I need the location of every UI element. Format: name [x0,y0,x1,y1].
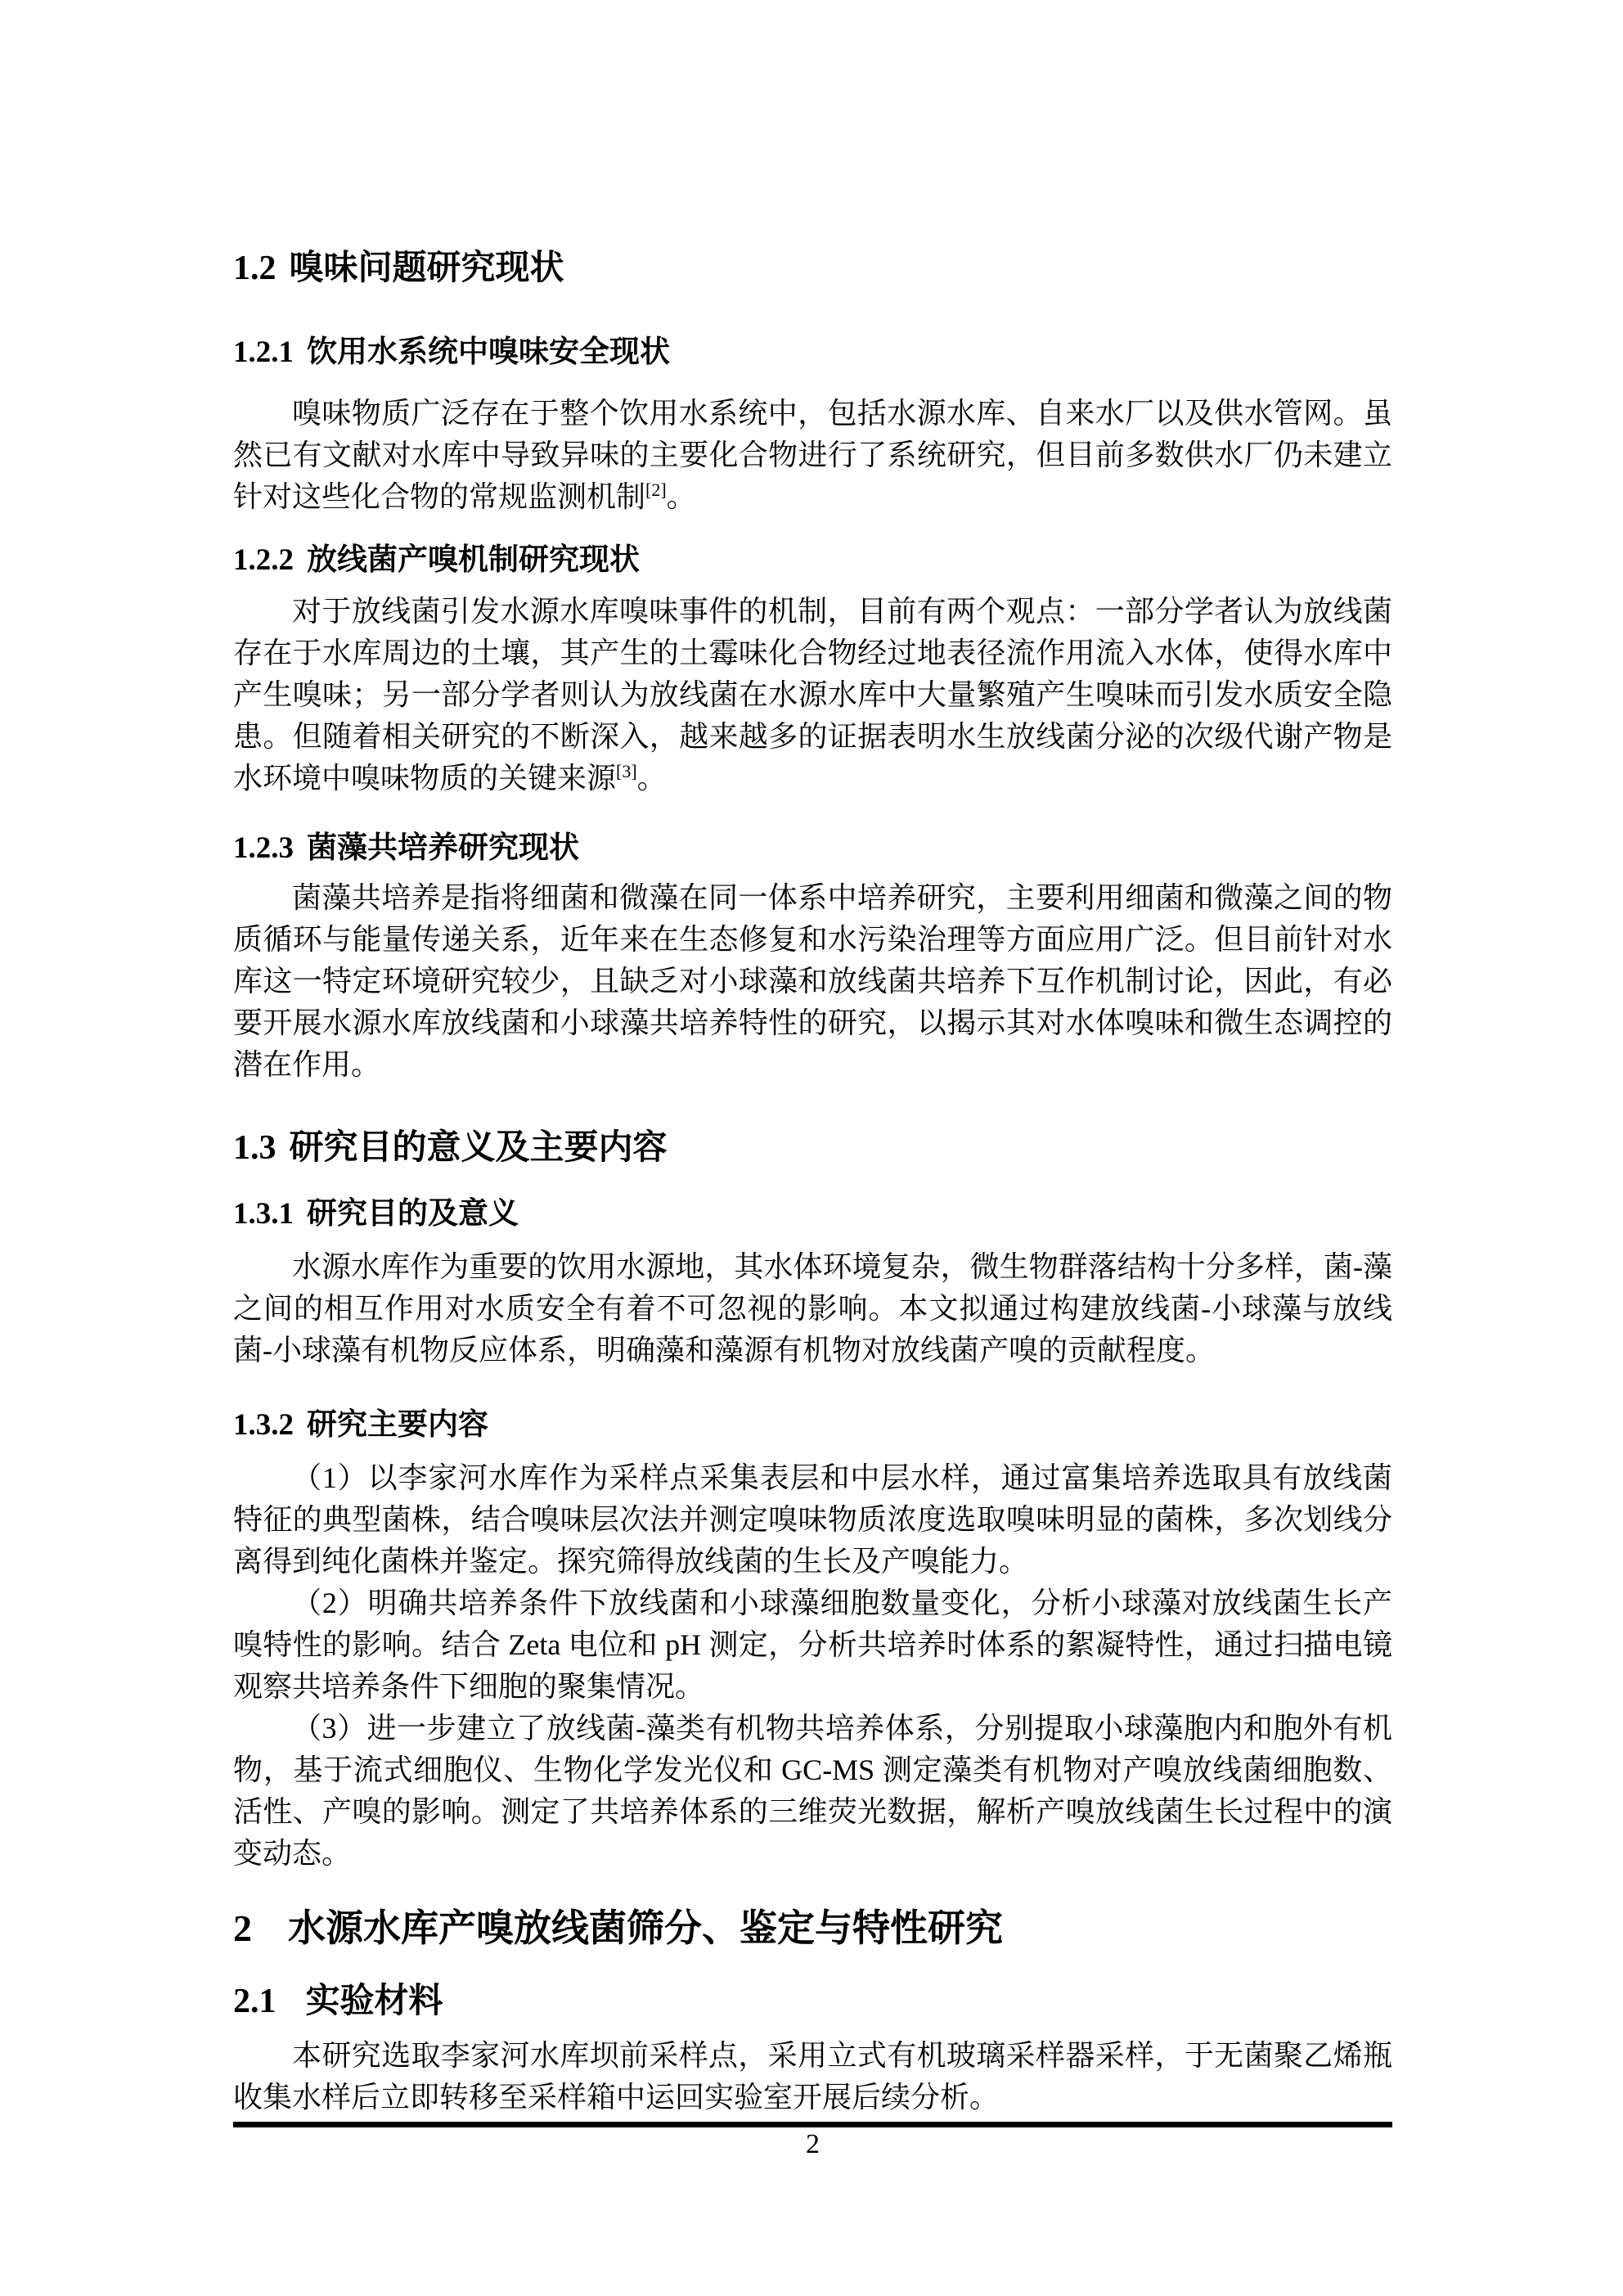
section-title-1-2-1: 饮用水系统中嗅味安全现状 [307,335,670,368]
section-heading-2-1: 2.1实验材料 [233,1977,1392,2025]
paragraph-text: （3）进一步建立了放线菌-藻类有机物共培养体系，分别提取小球藻胞内和胞外有机物，… [233,1712,1392,1870]
paragraph-text: 对于放线菌引发水源水库嗅味事件的机制，目前有两个观点：一部分学者认为放线菌存在于… [233,595,1392,795]
paragraph-1-3-2-item-2: （2）明确共培养条件下放线菌和小球藻细胞数量变化，分析小球藻对放线菌生长产嗅特性… [233,1582,1392,1708]
paragraph-1-3-1: 水源水库作为重要的饮用水源地，其水体环境复杂，微生物群落结构十分多样，菌-藻之间… [233,1246,1392,1371]
section-title-1-2-3: 菌藻共培养研究现状 [307,831,579,864]
section-heading-1-2-1: 1.2.1饮用水系统中嗅味安全现状 [233,331,1392,373]
section-number-1-3-2: 1.3.2 [233,1408,294,1442]
paragraph-2-1: 本研究选取李家河水库坝前采样点，采用立式有机玻璃采样器采样，于无菌聚乙烯瓶收集水… [233,2035,1392,2118]
chapter-heading-2: 2水源水库产嗅放线菌筛分、鉴定与特性研究 [233,1902,1392,1954]
paragraph-1-2-3: 菌藻共培养是指将细菌和微藻在同一体系中培养研究，主要利用细菌和微藻之间的物质循环… [233,877,1392,1086]
section-number-1-2-1: 1.2.1 [233,335,294,369]
citation-ref-2: [2] [645,479,667,500]
paragraph-1-2-1: 嗅味物质广泛存在于整个饮用水系统中，包括水源水库、自来水厂以及供水管网。虽然已有… [233,393,1392,518]
section-title-1-3-2: 研究主要内容 [307,1407,488,1441]
paragraph-1-3-2-item-3: （3）进一步建立了放线菌-藻类有机物共培养体系，分别提取小球藻胞内和胞外有机物，… [233,1708,1392,1875]
section-title-2-1: 实验材料 [306,1981,443,2019]
paragraph-1-3-2-item-1: （1）以李家河水库作为采样点采集表层和中层水样，通过富集培养选取具有放线菌特征的… [233,1457,1392,1582]
section-number-1-3: 1.3 [233,1129,276,1167]
section-heading-1-3-1: 1.3.1研究目的及意义 [233,1193,1392,1235]
section-title-1-2: 嗅味问题研究现状 [290,248,564,286]
paragraph-text: 水源水库作为重要的饮用水源地，其水体环境复杂，微生物群落结构十分多样，菌-藻之间… [233,1250,1392,1366]
paragraph-text: （2）明确共培养条件下放线菌和小球藻细胞数量变化，分析小球藻对放线菌生长产嗅特性… [233,1587,1392,1703]
section-heading-1-3: 1.3研究目的意义及主要内容 [233,1123,1392,1172]
chapter-number-2: 2 [233,1907,252,1949]
section-number-1-2: 1.2 [233,250,276,287]
section-number-1-2-2: 1.2.2 [233,543,294,577]
paragraph-tail: 。 [667,480,696,513]
footer-rule [233,2122,1392,2127]
section-heading-1-2: 1.2嗅味问题研究现状 [233,244,1392,292]
paragraph-tail: 。 [637,762,667,795]
citation-ref-3: [3] [616,761,637,781]
chapter-title-2: 水源水库产嗅放线菌筛分、鉴定与特性研究 [288,1907,1003,1949]
paragraph-text: 菌藻共培养是指将细菌和微藻在同一体系中培养研究，主要利用细菌和微藻之间的物质循环… [233,881,1392,1081]
page-content: 1.2嗅味问题研究现状 1.2.1饮用水系统中嗅味安全现状 嗅味物质广泛存在于整… [233,244,1392,2118]
paragraph-text: 本研究选取李家河水库坝前采样点，采用立式有机玻璃采样器采样，于无菌聚乙烯瓶收集水… [233,2039,1392,2114]
section-heading-1-2-3: 1.2.3菌藻共培养研究现状 [233,827,1392,869]
section-title-1-2-2: 放线菌产嗅机制研究现状 [307,542,640,576]
section-title-1-3-1: 研究目的及意义 [307,1196,519,1230]
section-heading-1-2-2: 1.2.2放线菌产嗅机制研究现状 [233,539,1392,581]
paragraph-text: 嗅味物质广泛存在于整个饮用水系统中，包括水源水库、自来水厂以及供水管网。虽然已有… [233,397,1392,513]
section-title-1-3: 研究目的意义及主要内容 [290,1128,668,1166]
page-number: 2 [233,2129,1392,2160]
section-number-2-1: 2.1 [233,1983,276,2020]
paragraph-text: （1）以李家河水库作为采样点采集表层和中层水样，通过富集培养选取具有放线菌特征的… [233,1461,1392,1578]
section-number-1-3-1: 1.3.1 [233,1197,294,1231]
section-number-1-2-3: 1.2.3 [233,831,294,865]
section-heading-1-3-2: 1.3.2研究主要内容 [233,1404,1392,1446]
paragraph-1-2-2: 对于放线菌引发水源水库嗅味事件的机制，目前有两个观点：一部分学者认为放线菌存在于… [233,591,1392,799]
document-page: 1.2嗅味问题研究现状 1.2.1饮用水系统中嗅味安全现状 嗅味物质广泛存在于整… [0,0,1623,2296]
